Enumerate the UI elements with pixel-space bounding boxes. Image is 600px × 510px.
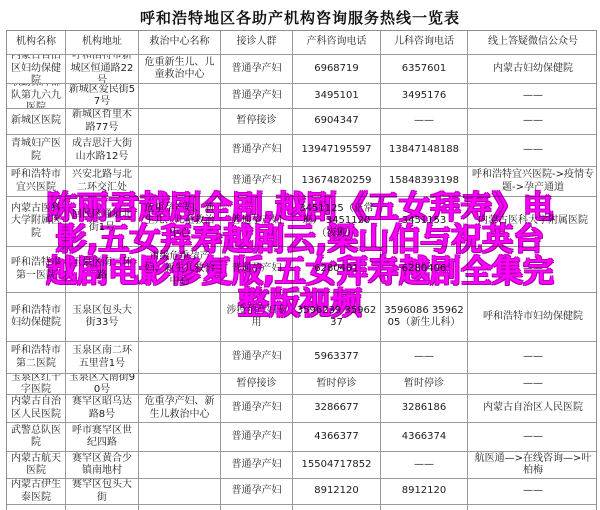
cell-center-name: 危重孕产妇、新生儿救治中心 bbox=[139, 395, 221, 422]
cell-obstetric-phone: 13947195597 bbox=[293, 135, 381, 166]
cell-patient-group: 涉疫孕产妇专用 bbox=[221, 293, 293, 341]
table-row: 内蒙古医科大学附属医院回民区通道北街1号危重孕产妇、新生儿、儿童救治中心普通孕产… bbox=[7, 197, 596, 247]
table-row: 呼和浩特市第二医院玉泉区南二环五里营1号普通孕产妇5963377———— bbox=[7, 342, 596, 374]
clipped-obstetric-phone bbox=[293, 505, 381, 510]
cell-address: 新城区爱民街57号 bbox=[66, 84, 139, 108]
table-row: 青城妇产医院成吉思汗大街山水路12号普通孕产妇13947195597138471… bbox=[7, 135, 596, 167]
cell-wechat-account: 内蒙古自治区人民医院 bbox=[468, 395, 598, 422]
cell-center-name bbox=[139, 452, 221, 478]
cell-center-name: 危重孕产妇、新生儿、儿童救治中心 bbox=[139, 197, 221, 246]
cell-obstetric-phone: 15504717852 bbox=[293, 452, 381, 478]
cell-center-name bbox=[139, 423, 221, 451]
header-patient-group: 接诊人群 bbox=[221, 31, 293, 54]
cell-center-name bbox=[139, 374, 221, 394]
cell-patient-group: 普通孕产妇 bbox=[221, 167, 293, 196]
cell-address: 呼市赛罕区世纪四路 bbox=[66, 423, 139, 451]
cell-wechat-account: —— bbox=[468, 135, 598, 166]
cell-address: 赛罕区昭乌达路8号 bbox=[66, 395, 139, 422]
cell-pediatric-phone: 8912120 bbox=[381, 479, 468, 504]
cell-wechat-account: 呼和浩特宜兴医院->疫情专题->孕产通道 bbox=[468, 167, 598, 196]
clipped-center-name bbox=[139, 505, 221, 510]
cell-center-name: 市级危重孕产妇、新生儿救治中心 bbox=[139, 247, 221, 292]
cell-pediatric-phone: —— bbox=[381, 452, 468, 478]
hotline-table: 机构名称机构地址救治中心名称接诊人群产科咨询电话儿科咨询电话线上答疑微信公众号 … bbox=[6, 30, 597, 510]
cell-wechat-account: —— bbox=[468, 84, 598, 108]
clipped-patient-group bbox=[221, 505, 293, 510]
cell-obstetric-phone: 8912120 bbox=[293, 479, 381, 504]
cell-wechat-account: —— bbox=[468, 342, 598, 373]
cell-pediatric-phone: 3495176 bbox=[381, 84, 468, 108]
table-row: 联勤保障部队第九六九医院新城区爱民街57号普通孕产妇34951013495176… bbox=[7, 84, 596, 109]
cell-center-name: 危重新生儿、儿童救治中心 bbox=[139, 55, 221, 83]
cell-institution-name: 新城区医院 bbox=[7, 109, 66, 134]
cell-obstetric-phone: 暂时停诊 bbox=[293, 374, 381, 394]
table-body: 内蒙古自治区妇幼保健院呼和浩特市新城区恒通路22号危重新生儿、儿童救治中心普通孕… bbox=[7, 55, 596, 510]
table-row: 呼和浩特市宜兴医院兴安北路与北二环交汇处普通孕产妇136748202591584… bbox=[7, 167, 596, 197]
cell-center-name bbox=[139, 479, 221, 504]
cell-pediatric-phone: 15848393198 bbox=[381, 167, 468, 196]
cell-institution-name: 呼和浩特市妇幼保健院 bbox=[7, 293, 66, 341]
cell-address: 新城区哲里木路77号 bbox=[66, 109, 139, 134]
header-pediatric-phone: 儿科咨询电话 bbox=[381, 31, 468, 54]
cell-center-name bbox=[139, 167, 221, 196]
cell-obstetric-phone: 6904347 bbox=[293, 109, 381, 134]
cell-address: 玉泉区南二环路 bbox=[66, 247, 139, 292]
cell-institution-name: 玉泉区红十字医院 bbox=[7, 374, 66, 394]
cell-institution-name: 呼和浩特市第一医院 bbox=[7, 247, 66, 292]
cell-address: 赛罕区黄合少镇南地村 bbox=[66, 452, 139, 478]
table-row: 内蒙古自治区妇幼保健院呼和浩特市新城区恒通路22号危重新生儿、儿童救治中心普通孕… bbox=[7, 55, 596, 84]
cell-patient-group: 普通孕产妇 bbox=[221, 452, 293, 478]
table-row: 呼和浩特市第一医院玉泉区南二环路市级危重孕产妇、新生儿救治中心普通孕产妇6280… bbox=[7, 247, 596, 293]
cell-patient-group: 普通孕产妇 bbox=[221, 342, 293, 373]
cell-patient-group: 普通孕产妇 bbox=[221, 247, 293, 292]
table-row: 武警总队医院呼市赛罕区世纪四路普通孕产妇43663774366374—— bbox=[7, 423, 596, 452]
table-row: 内蒙古航天医院赛罕区黄合少镇南地村普通孕产妇15504717852——航医通—>… bbox=[7, 452, 596, 479]
cell-institution-name: 呼和浩特市第二医院 bbox=[7, 342, 66, 373]
cell-wechat-account: —— bbox=[468, 423, 598, 451]
cell-pediatric-phone: 3286186 bbox=[381, 395, 468, 422]
clipped-pediatric-phone bbox=[381, 505, 468, 510]
cell-center-name bbox=[139, 135, 221, 166]
table-row: 内蒙古伊生泰医院赛罕区包头大街普通孕产妇89121208912120—— bbox=[7, 479, 596, 505]
cell-institution-name: 内蒙古自治区人民医院 bbox=[7, 395, 66, 422]
cell-patient-group: 暂停接诊 bbox=[221, 374, 293, 394]
header-wechat-account: 线上答疑微信公众号 bbox=[468, 31, 598, 54]
cell-patient-group: 普通孕产妇 bbox=[221, 84, 293, 108]
cell-patient-group: 普通孕产妇 bbox=[221, 135, 293, 166]
cell-institution-name: 内蒙古自治区妇幼保健院 bbox=[7, 55, 66, 83]
cell-patient-group: 暂停接诊 bbox=[221, 109, 293, 134]
table-row-clipped bbox=[7, 505, 596, 510]
cell-institution-name: 内蒙古医科大学附属医院 bbox=[7, 197, 66, 246]
cell-pediatric-phone: 4366374 bbox=[381, 423, 468, 451]
cell-obstetric-phone: 3451125（正常班） 3451120（夜班） bbox=[293, 197, 381, 246]
cell-address: 玉泉区包头大街33号 bbox=[66, 293, 139, 341]
cell-pediatric-phone: 暂时停诊 bbox=[381, 374, 468, 394]
header-institution-name: 机构名称 bbox=[7, 31, 66, 54]
cell-center-name bbox=[139, 342, 221, 373]
cell-pediatric-phone: 6280406 bbox=[381, 247, 468, 292]
cell-address: 赛罕区包头大街 bbox=[66, 479, 139, 504]
cell-obstetric-phone: 5963377 bbox=[293, 342, 381, 373]
cell-center-name bbox=[139, 84, 221, 108]
cell-institution-name: 联勤保障部队第九六九医院 bbox=[7, 84, 66, 108]
cell-wechat-account: 航医通—>在线咨询—>叶柏梅 bbox=[468, 452, 598, 478]
cell-institution-name: 内蒙古伊生泰医院 bbox=[7, 479, 66, 504]
cell-center-name bbox=[139, 293, 221, 341]
cell-patient-group: 普通孕产妇 bbox=[221, 479, 293, 504]
cell-address: 玉泉区南二环五里营1号 bbox=[66, 342, 139, 373]
cell-patient-group: 普通孕产妇 bbox=[221, 423, 293, 451]
table-row: 玉泉区红十字医院玉泉区大南街90号暂停接诊暂时停诊暂时停诊—— bbox=[7, 374, 596, 395]
cell-address: 呼和浩特市新城区恒通路22号 bbox=[66, 55, 139, 83]
cell-pediatric-phone: 3451153 bbox=[381, 197, 468, 246]
clipped-institution-name bbox=[7, 505, 66, 510]
cell-wechat-account: 内蒙古医科大学附属医院 bbox=[468, 197, 598, 246]
cell-institution-name: 青城妇产医院 bbox=[7, 135, 66, 166]
cell-wechat-account: —— bbox=[468, 479, 598, 504]
cell-pediatric-phone: 6357601 bbox=[381, 55, 468, 83]
cell-obstetric-phone: 3495101 bbox=[293, 84, 381, 108]
table-row: 呼和浩特市妇幼保健院玉泉区包头大街33号涉疫孕产妇专用3596239 35962… bbox=[7, 293, 596, 342]
header-center-name: 救治中心名称 bbox=[139, 31, 221, 54]
header-obstetric-phone: 产科咨询电话 bbox=[293, 31, 381, 54]
cell-patient-group: 普通孕产妇 bbox=[221, 395, 293, 422]
cell-obstetric-phone: 13674820259 bbox=[293, 167, 381, 196]
cell-wechat-account: —— bbox=[468, 374, 598, 394]
cell-patient-group: 普通孕产妇 bbox=[221, 55, 293, 83]
cell-obstetric-phone: 3596239 3596237 bbox=[293, 293, 381, 341]
clipped-wechat-account bbox=[468, 505, 598, 510]
cell-pediatric-phone: 3596086 3596205（新生儿科） bbox=[381, 293, 468, 341]
table-row: 新城区医院新城区哲里木路77号暂停接诊6904347———— bbox=[7, 109, 596, 135]
cell-wechat-account: —— bbox=[468, 247, 598, 292]
cell-wechat-account: 呼和浩特市妇幼保健院 bbox=[468, 293, 598, 341]
cell-obstetric-phone: 6280401 bbox=[293, 247, 381, 292]
cell-patient-group: 普通孕产妇 bbox=[221, 197, 293, 246]
cell-obstetric-phone: 6968719 bbox=[293, 55, 381, 83]
clipped-address bbox=[66, 505, 139, 510]
cell-address: 兴安北路与北二环交汇处 bbox=[66, 167, 139, 196]
cell-address: 成吉思汗大街山水路12号 bbox=[66, 135, 139, 166]
cell-pediatric-phone: —— bbox=[381, 109, 468, 134]
cell-wechat-account: —— bbox=[468, 109, 598, 134]
table-row: 内蒙古自治区人民医院赛罕区昭乌达路8号危重孕产妇、新生儿救治中心普通孕产妇328… bbox=[7, 395, 596, 423]
cell-obstetric-phone: 3286677 bbox=[293, 395, 381, 422]
cell-pediatric-phone: —— bbox=[381, 342, 468, 373]
cell-institution-name: 内蒙古航天医院 bbox=[7, 452, 66, 478]
cell-institution-name: 武警总队医院 bbox=[7, 423, 66, 451]
cell-obstetric-phone: 4366377 bbox=[293, 423, 381, 451]
table-header-row: 机构名称机构地址救治中心名称接诊人群产科咨询电话儿科咨询电话线上答疑微信公众号 bbox=[7, 31, 596, 55]
cell-address: 玉泉区大南街90号 bbox=[66, 374, 139, 394]
cell-wechat-account: 内蒙古妇幼保健院 bbox=[468, 55, 598, 83]
cell-address: 回民区通道北街1号 bbox=[66, 197, 139, 246]
cell-center-name bbox=[139, 109, 221, 134]
header-address: 机构地址 bbox=[66, 31, 139, 54]
cell-institution-name: 呼和浩特市宜兴医院 bbox=[7, 167, 66, 196]
cell-pediatric-phone: 13847148188 bbox=[381, 135, 468, 166]
page-title: 呼和浩特地区各助产机构咨询服务热线一览表 bbox=[0, 7, 600, 28]
